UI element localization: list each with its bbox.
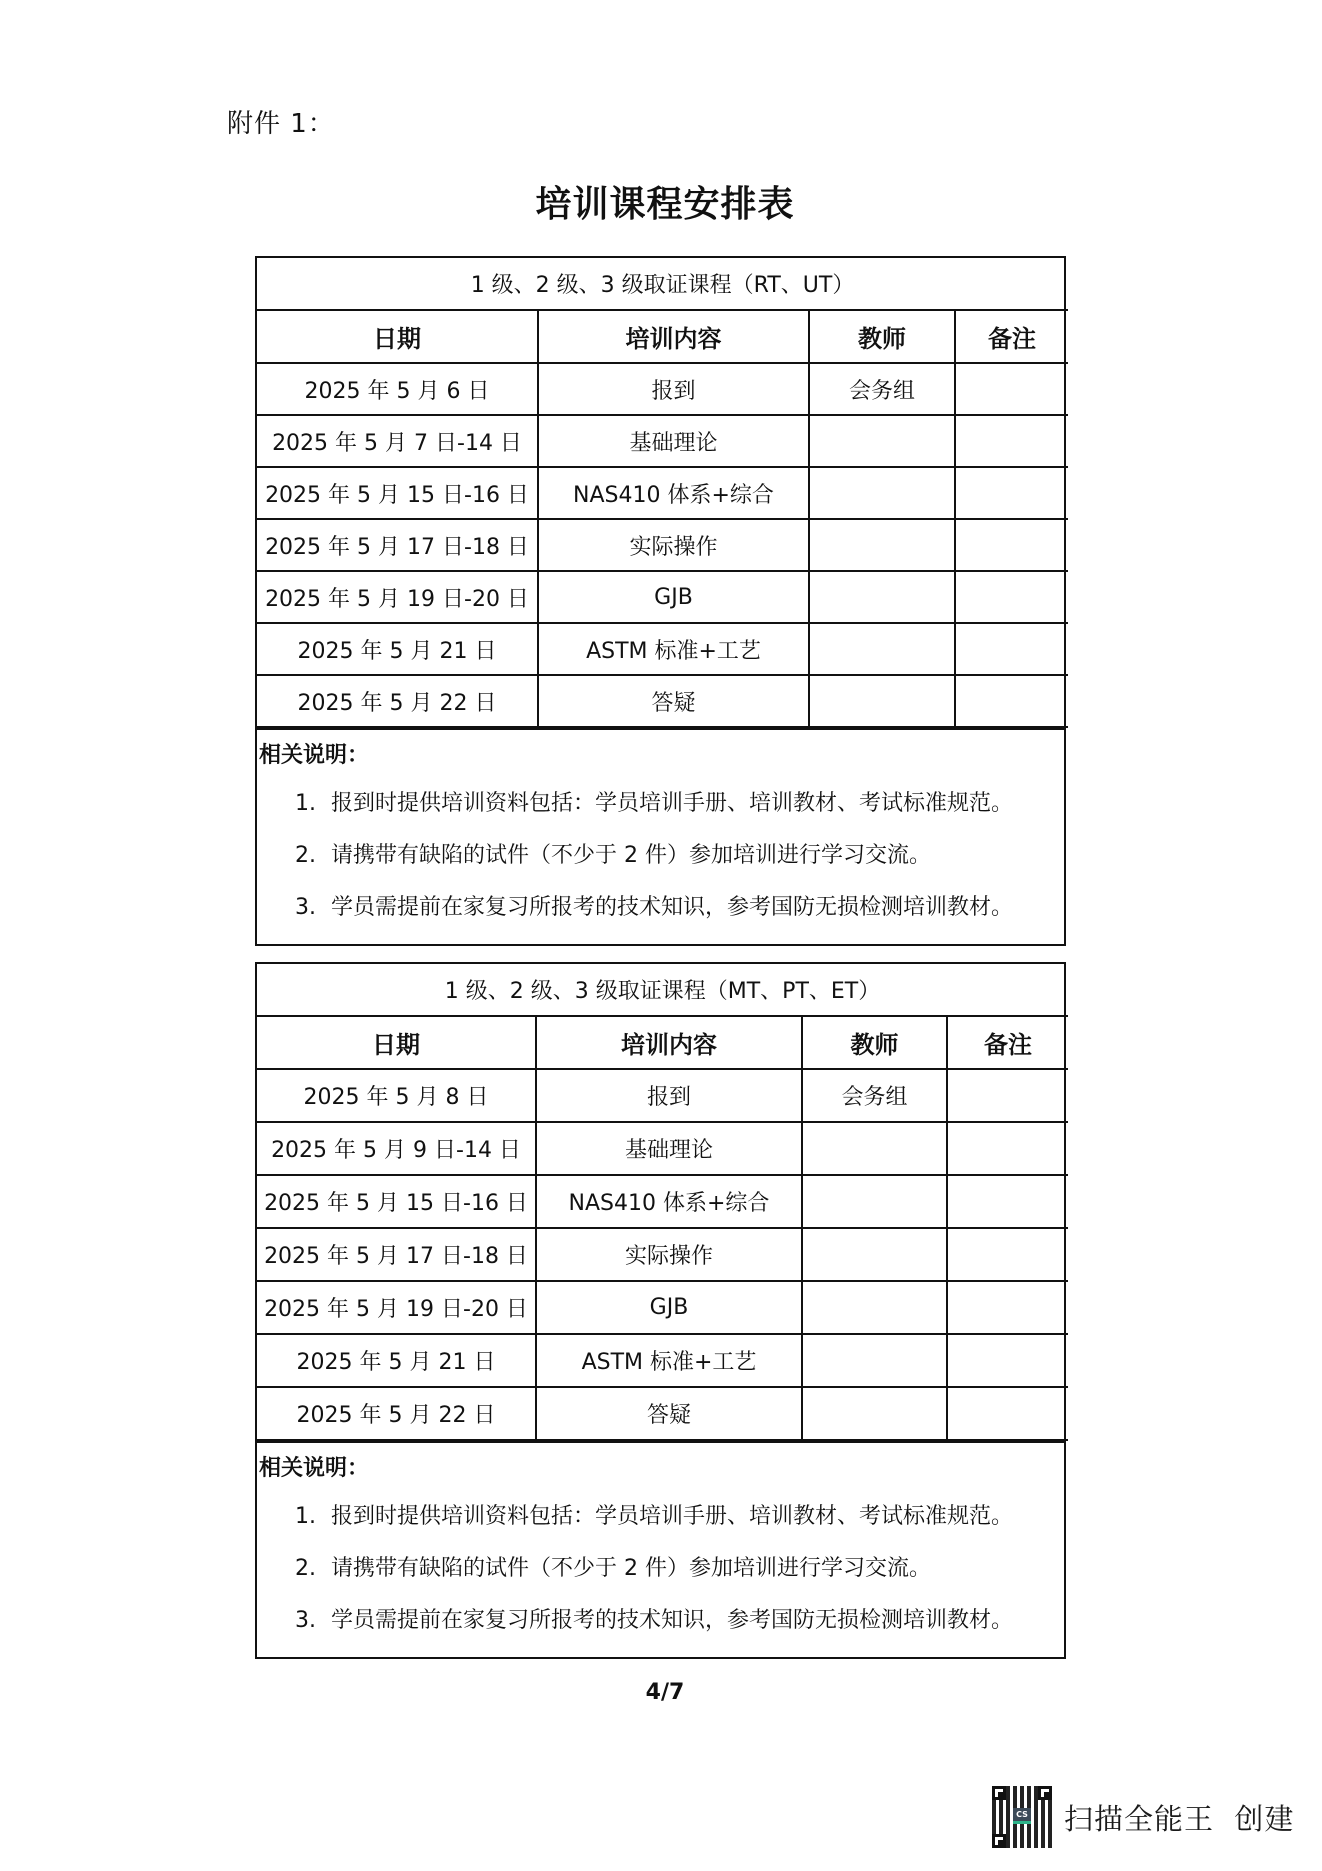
qr-finder-pattern	[992, 1834, 1006, 1848]
cell-date: 2025 年 5 月 19 日-20 日	[257, 1281, 536, 1334]
note-number: 2.	[295, 1543, 331, 1595]
column-header-date: 日期	[257, 1016, 536, 1069]
note-number: 3.	[295, 1595, 331, 1647]
cell-content: 答疑	[538, 675, 809, 727]
cell-content: 实际操作	[538, 519, 809, 571]
cell-teacher	[802, 1175, 947, 1228]
column-header-teacher: 教师	[809, 310, 955, 363]
cell-teacher	[809, 467, 955, 519]
table-row: 2025 年 5 月 15 日-16 日 NAS410 体系+综合	[257, 1175, 1068, 1228]
cell-remark	[947, 1175, 1068, 1228]
table-row: 2025 年 5 月 21 日 ASTM 标准+工艺	[257, 1334, 1068, 1387]
table-caption: 1 级、2 级、3 级取证课程（RT、UT）	[257, 258, 1068, 310]
note-text: 学员需提前在家复习所报考的技术知识，参考国防无损检测培训教材。	[331, 895, 1013, 920]
schedule-grid: 1 级、2 级、3 级取证课程（MT、PT、ET） 日期 培训内容 教师 备注 …	[257, 964, 1068, 1441]
note-text: 报到时提供培训资料包括：学员培训手册、培训教材、考试标准规范。	[331, 791, 1013, 816]
note-text: 报到时提供培训资料包括：学员培训手册、培训教材、考试标准规范。	[331, 1504, 1013, 1529]
cell-teacher	[809, 623, 955, 675]
cell-date: 2025 年 5 月 19 日-20 日	[257, 571, 538, 623]
cell-remark	[947, 1228, 1068, 1281]
table-row: 2025 年 5 月 7 日-14 日 基础理论	[257, 415, 1068, 467]
cell-content: 基础理论	[536, 1122, 802, 1175]
note-item: 2.请携带有缺陷的试件（不少于 2 件）参加培训进行学习交流。	[295, 830, 1064, 882]
schedule-grid: 1 级、2 级、3 级取证课程（RT、UT） 日期 培训内容 教师 备注 202…	[257, 258, 1068, 728]
cell-teacher	[809, 675, 955, 727]
notes-title: 相关说明：	[257, 740, 1064, 772]
note-text: 请携带有缺陷的试件（不少于 2 件）参加培训进行学习交流。	[331, 843, 931, 868]
table-row: 2025 年 5 月 22 日 答疑	[257, 675, 1068, 727]
cell-remark	[947, 1122, 1068, 1175]
table-row: 2025 年 5 月 21 日 ASTM 标准+工艺	[257, 623, 1068, 675]
cell-date: 2025 年 5 月 7 日-14 日	[257, 415, 538, 467]
note-number: 2.	[295, 830, 331, 882]
cell-teacher	[809, 415, 955, 467]
notes-section: 相关说明： 1.报到时提供培训资料包括：学员培训手册、培训教材、考试标准规范。 …	[257, 1441, 1064, 1657]
cell-date: 2025 年 5 月 17 日-18 日	[257, 1228, 536, 1281]
cell-remark	[955, 467, 1068, 519]
note-item: 2.请携带有缺陷的试件（不少于 2 件）参加培训进行学习交流。	[295, 1543, 1064, 1595]
note-item: 1.报到时提供培训资料包括：学员培训手册、培训教材、考试标准规范。	[295, 778, 1064, 830]
cell-date: 2025 年 5 月 15 日-16 日	[257, 1175, 536, 1228]
note-number: 1.	[295, 1491, 331, 1543]
cell-content: 报到	[536, 1069, 802, 1122]
cell-content: GJB	[536, 1281, 802, 1334]
cell-date: 2025 年 5 月 17 日-18 日	[257, 519, 538, 571]
cell-date: 2025 年 5 月 21 日	[257, 623, 538, 675]
note-item: 3.学员需提前在家复习所报考的技术知识，参考国防无损检测培训教材。	[295, 1595, 1064, 1647]
cell-remark	[955, 623, 1068, 675]
cell-content: 实际操作	[536, 1228, 802, 1281]
table-row: 2025 年 5 月 15 日-16 日 NAS410 体系+综合	[257, 467, 1068, 519]
cell-remark	[947, 1387, 1068, 1440]
cell-remark	[955, 571, 1068, 623]
table-row: 2025 年 5 月 19 日-20 日 GJB	[257, 571, 1068, 623]
cell-date: 2025 年 5 月 15 日-16 日	[257, 467, 538, 519]
schedule-table-mt-pt-et: 1 级、2 级、3 级取证课程（MT、PT、ET） 日期 培训内容 教师 备注 …	[255, 962, 1066, 1659]
cell-date: 2025 年 5 月 9 日-14 日	[257, 1122, 536, 1175]
cell-content: ASTM 标准+工艺	[538, 623, 809, 675]
cell-content: ASTM 标准+工艺	[536, 1334, 802, 1387]
column-header-content: 培训内容	[536, 1016, 802, 1069]
column-header-remark: 备注	[955, 310, 1068, 363]
table-row: 2025 年 5 月 17 日-18 日 实际操作	[257, 519, 1068, 571]
cell-remark	[955, 415, 1068, 467]
cell-teacher: 会务组	[802, 1069, 947, 1122]
cell-content: GJB	[538, 571, 809, 623]
table-row: 2025 年 5 月 9 日-14 日 基础理论	[257, 1122, 1068, 1175]
cell-content: 报到	[538, 363, 809, 415]
cell-content: NAS410 体系+综合	[536, 1175, 802, 1228]
table-caption: 1 级、2 级、3 级取证课程（MT、PT、ET）	[257, 964, 1068, 1016]
cell-content: 基础理论	[538, 415, 809, 467]
cell-content: 答疑	[536, 1387, 802, 1440]
table-row: 2025 年 5 月 17 日-18 日 实际操作	[257, 1228, 1068, 1281]
note-item: 1.报到时提供培训资料包括：学员培训手册、培训教材、考试标准规范。	[295, 1491, 1064, 1543]
cell-date: 2025 年 5 月 22 日	[257, 1387, 536, 1440]
cell-remark	[955, 675, 1068, 727]
table-row: 2025 年 5 月 22 日 答疑	[257, 1387, 1068, 1440]
cell-teacher	[802, 1122, 947, 1175]
attachment-label: 附件 1：	[227, 108, 335, 140]
note-number: 1.	[295, 778, 331, 830]
page-number: 4/7	[0, 1680, 1322, 1705]
qr-code-icon: CS	[992, 1786, 1052, 1848]
cell-teacher	[802, 1281, 947, 1334]
cell-date: 2025 年 5 月 8 日	[257, 1069, 536, 1122]
note-text: 学员需提前在家复习所报考的技术知识，参考国防无损检测培训教材。	[331, 1608, 1013, 1633]
note-number: 3.	[295, 882, 331, 934]
cell-teacher	[802, 1387, 947, 1440]
cell-remark	[947, 1069, 1068, 1122]
notes-title: 相关说明：	[257, 1453, 1064, 1485]
qr-finder-pattern	[992, 1786, 1006, 1800]
note-text: 请携带有缺陷的试件（不少于 2 件）参加培训进行学习交流。	[331, 1556, 931, 1581]
cell-teacher	[809, 571, 955, 623]
table-row: 2025 年 5 月 6 日 报到 会务组	[257, 363, 1068, 415]
notes-list: 1.报到时提供培训资料包括：学员培训手册、培训教材、考试标准规范。 2.请携带有…	[257, 778, 1064, 934]
camscanner-logo-icon: CS	[1013, 1808, 1031, 1824]
table-row: 2025 年 5 月 8 日 报到 会务组	[257, 1069, 1068, 1122]
note-item: 3.学员需提前在家复习所报考的技术知识，参考国防无损检测培训教材。	[295, 882, 1064, 934]
cell-teacher	[809, 519, 955, 571]
notes-section: 相关说明： 1.报到时提供培训资料包括：学员培训手册、培训教材、考试标准规范。 …	[257, 728, 1064, 944]
column-header-teacher: 教师	[802, 1016, 947, 1069]
cell-remark	[955, 363, 1068, 415]
qr-finder-pattern	[1038, 1786, 1052, 1800]
cell-remark	[947, 1281, 1068, 1334]
cell-teacher	[802, 1334, 947, 1387]
table-row: 2025 年 5 月 19 日-20 日 GJB	[257, 1281, 1068, 1334]
watermark-text: 扫描全能王 创建	[1064, 1797, 1294, 1838]
schedule-table-rt-ut: 1 级、2 级、3 级取证课程（RT、UT） 日期 培训内容 教师 备注 202…	[255, 256, 1066, 946]
cell-date: 2025 年 5 月 22 日	[257, 675, 538, 727]
cell-teacher: 会务组	[809, 363, 955, 415]
column-header-remark: 备注	[947, 1016, 1068, 1069]
cell-remark	[947, 1334, 1068, 1387]
cell-date: 2025 年 5 月 6 日	[257, 363, 538, 415]
cell-teacher	[802, 1228, 947, 1281]
cell-date: 2025 年 5 月 21 日	[257, 1334, 536, 1387]
notes-list: 1.报到时提供培训资料包括：学员培训手册、培训教材、考试标准规范。 2.请携带有…	[257, 1491, 1064, 1647]
cell-content: NAS410 体系+综合	[538, 467, 809, 519]
column-header-content: 培训内容	[538, 310, 809, 363]
cell-remark	[955, 519, 1068, 571]
column-header-date: 日期	[257, 310, 538, 363]
scanner-watermark: CS 扫描全能王 创建	[992, 1786, 1294, 1848]
page-title: 培训课程安排表	[0, 183, 1322, 227]
